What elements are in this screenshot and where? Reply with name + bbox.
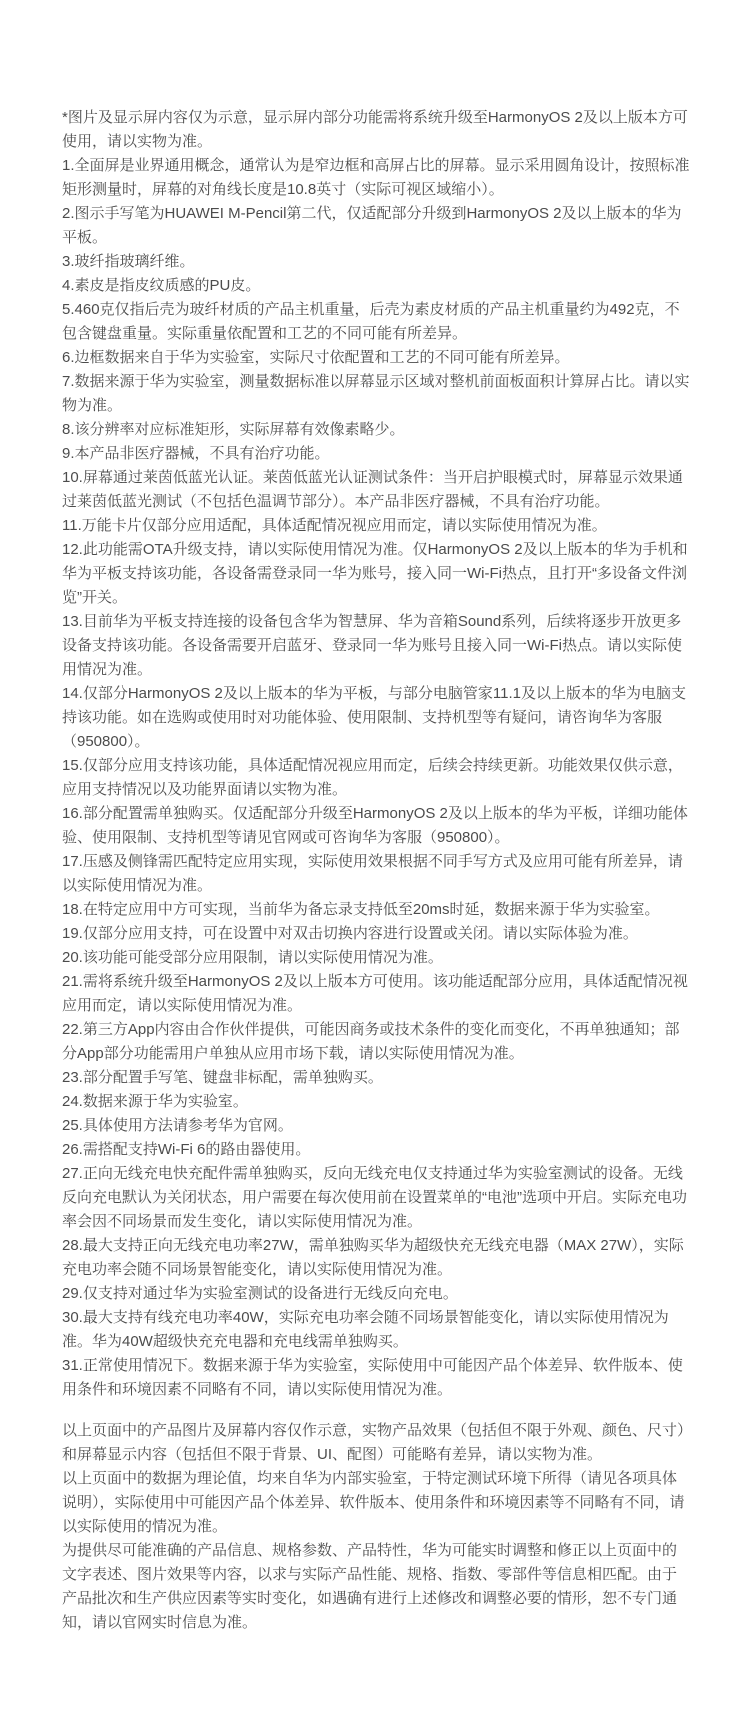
footnote-paragraph: 19.仅部分应用支持，可在设置中对双击切换内容进行设置或关闭。请以实际体验为准。 (62, 922, 690, 946)
footnote-paragraph: 1.全面屏是业界通用概念，通常认为是窄边框和高屏占比的屏幕。显示采用圆角设计，按… (62, 154, 690, 202)
footnote-paragraph: 16.部分配置需单独购买。仅适配部分升级至HarmonyOS 2及以上版本的华为… (62, 802, 690, 850)
footnote-paragraph: 30.最大支持有线充电功率40W，实际充电功率会随不同场景智能变化，请以实际使用… (62, 1306, 690, 1354)
footnote-paragraph: 9.本产品非医疗器械，不具有治疗功能。 (62, 442, 690, 466)
footnote-paragraph: 29.仅支持对通过华为实验室测试的设备进行无线反向充电。 (62, 1282, 690, 1306)
footnote-paragraph: 17.压感及侧锋需匹配特定应用实现，实际使用效果根据不同手写方式及应用可能有所差… (62, 850, 690, 898)
footnote-paragraph: 15.仅部分应用支持该功能，具体适配情况视应用而定，后续会持续更新。功能效果仅供… (62, 754, 690, 802)
footnote-paragraph: 3.玻纤指玻璃纤维。 (62, 250, 690, 274)
footnote-paragraph: 25.具体使用方法请参考华为官网。 (62, 1114, 690, 1138)
footnote-paragraph: *图片及显示屏内容仅为示意，显示屏内部分功能需将系统升级至HarmonyOS 2… (62, 106, 690, 154)
footnote-paragraph: 22.第三方App内容由合作伙伴提供，可能因商务或技术条件的变化而变化，不再单独… (62, 1018, 690, 1066)
closing-paragraph: 为提供尽可能准确的产品信息、规格参数、产品特性，华为可能实时调整和修正以上页面中… (62, 1539, 690, 1635)
closing-paragraph: 以上页面中的产品图片及屏幕内容仅作示意，实物产品效果（包括但不限于外观、颜色、尺… (62, 1419, 690, 1467)
footnotes-list: *图片及显示屏内容仅为示意，显示屏内部分功能需将系统升级至HarmonyOS 2… (62, 106, 690, 1402)
footnote-paragraph: 31.正常使用情况下。数据来源于华为实验室，实际使用中可能因产品个体差异、软件版… (62, 1354, 690, 1402)
footnote-paragraph: 20.该功能可能受部分应用限制，请以实际使用情况为准。 (62, 946, 690, 970)
footnote-paragraph: 28.最大支持正向无线充电功率27W，需单独购买华为超级快充无线充电器（MAX … (62, 1234, 690, 1282)
footnote-paragraph: 18.在特定应用中方可实现，当前华为备忘录支持低至20ms时延，数据来源于华为实… (62, 898, 690, 922)
disclaimer-page: *图片及显示屏内容仅为示意，显示屏内部分功能需将系统升级至HarmonyOS 2… (0, 0, 750, 1730)
footnote-paragraph: 8.该分辨率对应标准矩形，实际屏幕有效像素略少。 (62, 418, 690, 442)
footnote-paragraph: 10.屏幕通过莱茵低蓝光认证。莱茵低蓝光认证测试条件：当开启护眼模式时，屏幕显示… (62, 466, 690, 514)
footnote-paragraph: 12.此功能需OTA升级支持，请以实际使用情况为准。仅HarmonyOS 2及以… (62, 538, 690, 610)
footnote-paragraph: 13.目前华为平板支持连接的设备包含华为智慧屏、华为音箱Sound系列，后续将逐… (62, 610, 690, 682)
closing-paragraph: 以上页面中的数据为理论值，均来自华为内部实验室，于特定测试环境下所得（请见各项具… (62, 1467, 690, 1539)
footnote-paragraph: 23.部分配置手写笔、键盘非标配，需单独购买。 (62, 1066, 690, 1090)
footnote-paragraph: 14.仅部分HarmonyOS 2及以上版本的华为平板，与部分电脑管家11.1及… (62, 682, 690, 754)
footnote-paragraph: 5.460克仅指后壳为玻纤材质的产品主机重量，后壳为素皮材质的产品主机重量约为4… (62, 298, 690, 346)
footnote-paragraph: 26.需搭配支持Wi-Fi 6的路由器使用。 (62, 1138, 690, 1162)
footnote-paragraph: 2.图示手写笔为HUAWEI M-Pencil第二代，仅适配部分升级到Harmo… (62, 202, 690, 250)
footnote-paragraph: 24.数据来源于华为实验室。 (62, 1090, 690, 1114)
closing-paragraphs: 以上页面中的产品图片及屏幕内容仅作示意，实物产品效果（包括但不限于外观、颜色、尺… (62, 1419, 690, 1635)
footnote-paragraph: 4.素皮是指皮纹质感的PU皮。 (62, 274, 690, 298)
footnote-paragraph: 7.数据来源于华为实验室，测量数据标准以屏幕显示区域对整机前面板面积计算屏占比。… (62, 370, 690, 418)
footnote-paragraph: 27.正向无线充电快充配件需单独购买，反向无线充电仅支持通过华为实验室测试的设备… (62, 1162, 690, 1234)
footnote-paragraph: 11.万能卡片仅部分应用适配，具体适配情况视应用而定，请以实际使用情况为准。 (62, 514, 690, 538)
footnote-paragraph: 6.边框数据来自于华为实验室，实际尺寸依配置和工艺的不同可能有所差异。 (62, 346, 690, 370)
footnote-paragraph: 21.需将系统升级至HarmonyOS 2及以上版本方可使用。该功能适配部分应用… (62, 970, 690, 1018)
